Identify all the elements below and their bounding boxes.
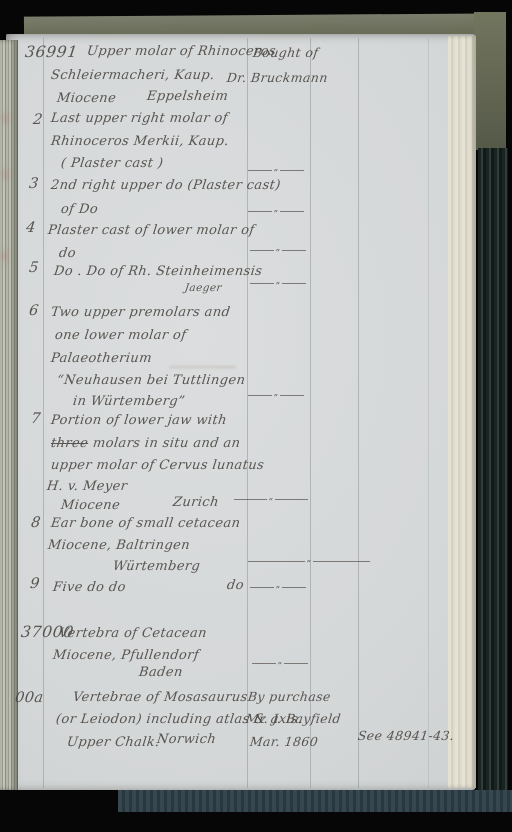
ditto-glyph: „ (272, 205, 281, 214)
page-gutter-edge (0, 40, 18, 790)
ledger-line: Rhinoceros Merkii, Kaup. (50, 135, 230, 149)
book-cover-right-edge (478, 148, 508, 796)
ledger-line: Vertebrae of Mosasaurus (72, 691, 248, 705)
ditto-glyph: „ (274, 244, 283, 253)
ledger-line: Ear bone of small cetacean (50, 517, 241, 531)
ledger-line: Vertebra of Cetacean (58, 627, 208, 641)
struck-word: three (50, 437, 89, 451)
ledger-line: Norwich (156, 733, 217, 747)
ditto-glyph: „ (272, 389, 281, 398)
ledger-line: Last upper right molar of (50, 112, 229, 126)
ledger-line: Zurich (172, 496, 220, 510)
ditto-mark: „ (248, 390, 304, 400)
ledger-line: 2nd right upper do (Plaster cast) (50, 179, 281, 193)
provenance-note: By purchase (247, 690, 332, 704)
ledger-line: Würtemberg (112, 560, 201, 574)
ditto-mark: „ (248, 165, 304, 175)
ledger-line: Upper Chalk. (66, 736, 160, 750)
book-cover-corner (474, 12, 506, 150)
ledger-line: Miocene (56, 92, 117, 106)
ledger-line: Portion of lower jaw with (50, 414, 228, 428)
ruled-line-col3 (358, 38, 359, 788)
ledger-line: Five do do (52, 581, 127, 595)
ruled-line-col4 (428, 38, 429, 788)
ditto-mark: „ (250, 245, 306, 255)
catalog-number: 5 (28, 261, 40, 277)
ledger-line: Two upper premolars and (50, 306, 231, 320)
ledger-line: Plaster cast of lower molar of (47, 224, 255, 238)
ditto-glyph: „ (305, 555, 314, 564)
catalog-number: 3 (28, 177, 40, 193)
ditto-glyph: „ (274, 581, 283, 590)
ditto-mark: „ (250, 278, 306, 288)
ink-smudge (2, 112, 9, 124)
ledger-line: Jaeger (184, 283, 222, 295)
erased-word (169, 357, 236, 368)
ditto-mark: „ (248, 206, 304, 216)
ledger-line: Baden (138, 666, 183, 680)
ditto-mark: „ (252, 658, 308, 668)
ditto-glyph: „ (274, 277, 283, 286)
ledger-line: Eppelsheim (146, 90, 229, 104)
ledger-line: Miocene, Baltringen (47, 539, 191, 553)
catalog-number: 2 (32, 113, 44, 129)
catalog-number: 7 (30, 412, 42, 428)
ink-smudge (2, 168, 9, 180)
ledger-line: molars in situ and an (92, 437, 241, 451)
ledger-line: Palaeotherium (50, 352, 153, 366)
ditto-mark: „ (234, 494, 308, 504)
ledger-line: H. v. Meyer (46, 480, 128, 494)
ledger-line: Upper molar of Rhinoceros (86, 45, 277, 59)
catalog-number: 4 (25, 221, 37, 237)
ruled-line-margin (43, 38, 44, 788)
provenance-note: Mr. J. Bayfield (245, 712, 342, 726)
ditto-glyph: „ (276, 657, 285, 666)
ledger-line: do (58, 247, 77, 261)
ledger-line: do (226, 579, 245, 593)
provenance-note: Bought of (252, 46, 319, 60)
ditto-mark: „ (250, 582, 306, 592)
ledger-line: ( Plaster cast ) (60, 157, 164, 171)
ledger-line: Miocene (60, 499, 121, 513)
ditto-glyph: „ (267, 493, 276, 502)
ruled-line-col2 (310, 38, 311, 788)
ruled-line-col1 (247, 38, 248, 788)
ditto-glyph: „ (272, 164, 281, 173)
provenance-note: Dr. Bruckmann (226, 71, 329, 85)
scanned-ledger-photo: 36991 2 3 4 5 6 7 8 9 37000 00a Upper mo… (0, 0, 512, 832)
ditto-mark: „ (248, 556, 370, 566)
catalog-number: 8 (30, 516, 42, 532)
catalog-number: 00a (14, 691, 44, 707)
ink-smudge (1, 250, 8, 262)
catalog-number: 36991 (24, 44, 79, 61)
ledger-line: one lower molar of (54, 329, 187, 343)
page-fore-edge (448, 36, 476, 788)
ledger-line: in Würtemberg” (72, 395, 186, 409)
catalog-number: 9 (29, 577, 41, 593)
provenance-note: Mar. 1860 (249, 735, 319, 749)
catalog-number: 6 (28, 304, 40, 320)
ledger-line: “Neuhausen bei Tuttlingen (56, 374, 246, 388)
ledger-line: upper molar of Cervus lunatus (50, 459, 265, 473)
book-cover-bottom-cloth (118, 790, 512, 812)
ledger-line: of Do (60, 203, 99, 217)
ledger-line: Miocene, Pfullendorf (52, 649, 200, 663)
ledger-line: Schleiermacheri, Kaup. (50, 69, 215, 83)
ledger-line: Do . Do of Rh. Steinheimensis (53, 265, 263, 279)
cross-reference: See 48941-43. (357, 729, 455, 743)
